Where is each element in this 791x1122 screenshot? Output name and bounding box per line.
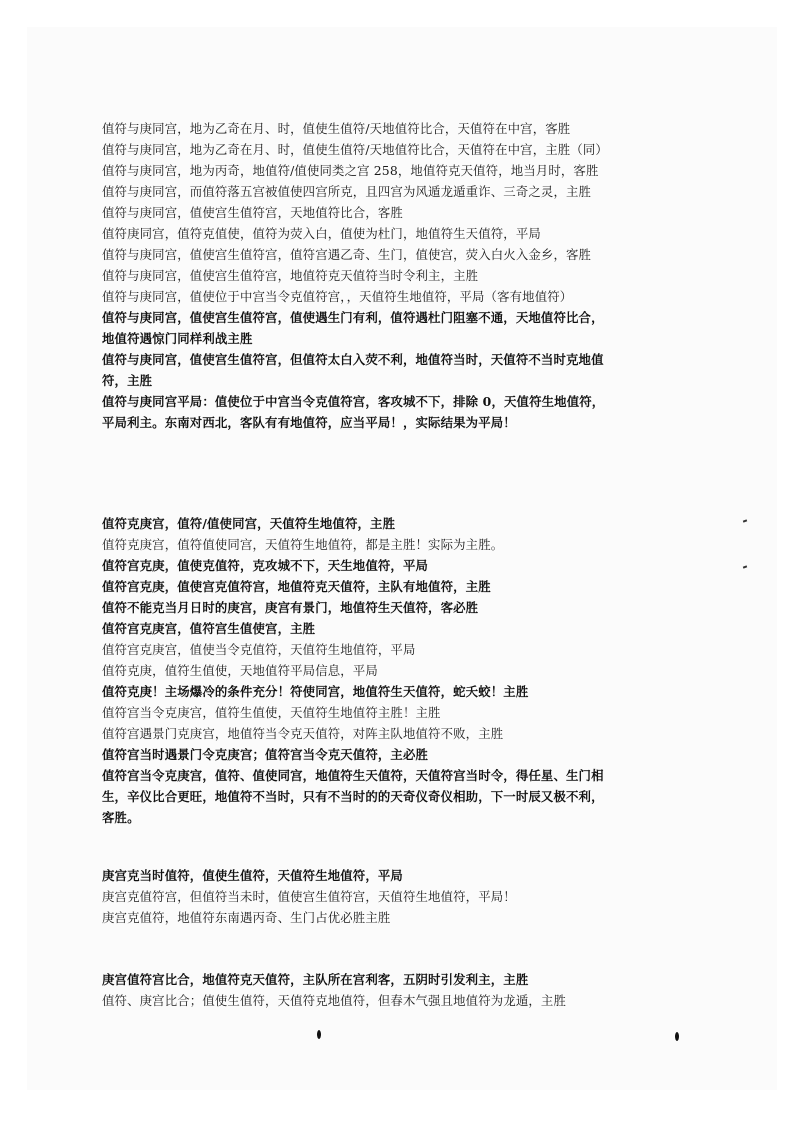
text-line: 值符与庚同宫，地为乙奇在月、时，值使生值符/天地值符比合，天值符在中宫，客胜	[102, 119, 570, 139]
text-line: 生，辛仪比合更旺，地值符不当时，只有不当时的的天奇仪奇仪相助，下一时辰又极不利，	[102, 787, 604, 807]
text-line: 符，主胜	[102, 371, 152, 391]
text-line: 值符克庚！主场爆冷的条件充分！符使同宫，地值符生天值符，蛇夭蛟！主胜	[102, 682, 528, 702]
text-line: 平局利主。东南对西北，客队有有地值符，应当平局！，实际结果为平局！	[102, 413, 516, 433]
text-line: 庚宫克值符，地值符东南遇丙奇、生门占优必胜主胜	[102, 908, 390, 928]
text-line: 值符宫克庚，值使克值符，克攻城不下，天生地值符，平局	[102, 556, 428, 576]
text-line: 值符宫遇景门克庚宫，地值符当令克天值符，对阵主队地值符不败，主胜	[102, 724, 503, 744]
text-line: 值符与庚同宫平局：值使位于中宫当令克值符宫，客攻城不下，排除 0，天值符生地值符…	[102, 392, 604, 412]
scan-mark	[317, 1030, 321, 1039]
text-line: 值符与庚同宫，值使宫生值符宫，值使遇生门有利，值符遇杜门阻塞不通，天地值符比合，	[102, 308, 604, 328]
text-line: 值符与庚同宫，值使宫生值符宫，但值符太白入荧不利，地值符当时，天值符不当时克地值	[102, 350, 604, 370]
text-line: 值符克庚宫，值符/值使同宫，天值符生地值符，主胜	[102, 514, 395, 534]
text-line: 值符宫克庚宫，值符宫生值使宫，主胜	[102, 619, 315, 639]
text-line: 庚宫值符宫比合，地值符克天值符，主队所在宫利客，五阴时引发利主，主胜	[102, 970, 528, 990]
text-line: 值符宫当令克庚宫，值符生值使，天值符生地值符主胜！主胜	[102, 703, 441, 723]
text-line: 地值符遇惊门同样利战主胜	[102, 329, 253, 349]
text-line: 值符宫克庚宫，值使当令克值符，天值符生地值符，平局	[102, 640, 416, 660]
text-line: 值符克庚宫，值符值使同宫，天值符生地值符，都是主胜！实际为主胜。	[102, 535, 503, 555]
text-line: 值符与庚同宫，值使宫生值符宫，地值符克天值符当时令利主，主胜	[102, 266, 478, 286]
text-line: 值符宫当时遇景门令克庚宫；值符宫当令克天值符，主必胜	[102, 745, 428, 765]
text-line: 值符与庚同宫，值使位于中宫当令克值符宫，，天值符生地值符，平局（客有地值符）	[102, 287, 572, 307]
text-line: 值符与庚同宫，地为乙奇在月、时，值使生值符/天地值符比合，天值符在中宫，主胜（同…	[102, 140, 608, 160]
text-line: 值符、庚宫比合；值使生值符，天值符克地值符，但春木气强且地值符为龙遁，主胜	[102, 991, 566, 1011]
scan-mark	[675, 1032, 679, 1041]
text-line: 值符不能克当月日时的庚宫，庚宫有景门，地值符生天值符，客必胜	[102, 598, 478, 618]
text-line: 客胜。	[102, 808, 140, 828]
text-line: 值符庚同宫，值符克值使，值符为荧入白，值使为杜门，地值符生天值符，平局	[102, 224, 541, 244]
text-line: 值符克庚，值符生值使，天地值符平局信息，平局	[102, 661, 378, 681]
text-line: 值符与庚同宫，值使宫生值符宫，值符宫遇乙奇、生门，值使宫，荧入白火入金乡，客胜	[102, 245, 591, 265]
text-line: 值符与庚同宫，值使宫生值符宫，天地值符比合，客胜	[102, 203, 403, 223]
text-line: 庚宫克值符宫，但值符当未时，值使宫生值符宫，天值符生地值符，平局！	[102, 887, 516, 907]
text-line: 值符与庚同宫，而值符落五宫被值使四宫所克，且四宫为风遁龙遁重诈、三奇之灵，主胜	[102, 182, 591, 202]
text-line: 庚宫克当时值符，值使生值符，天值符生地值符，平局	[102, 866, 403, 886]
text-line: 值符与庚同宫，地为丙奇，地值符/值使同类之宫 258，地值符克天值符，地当月时，…	[102, 161, 599, 181]
text-line: 值符宫克庚，值使宫克值符宫，地值符克天值符，主队有地值符，主胜	[102, 577, 491, 597]
text-line: 值符宫当令克庚宫，值符、值使同宫，地值符生天值符，天值符宫当时令，得任星、生门相	[102, 766, 604, 786]
